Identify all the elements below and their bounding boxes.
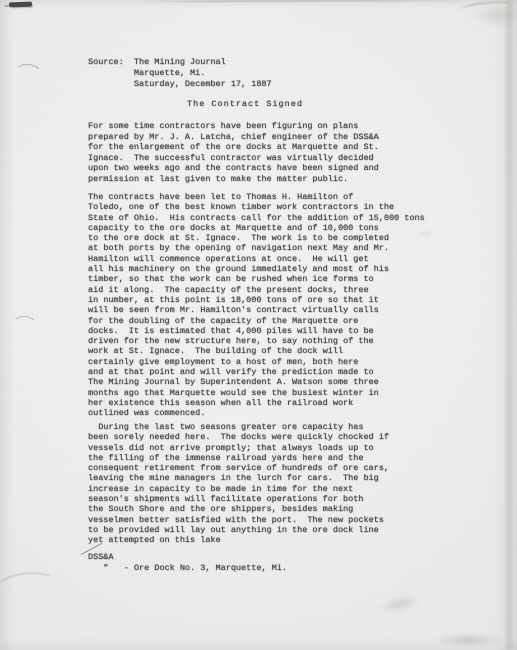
typewritten-line: for the enlargement of the ore docks at …: [88, 142, 379, 153]
scanned-document-page: Source: The Mining Journal Marquette, Mi…: [0, 0, 517, 650]
typewritten-line: leaving the mine managers in the lurch f…: [88, 473, 389, 483]
typewritten-line: to the ore dock at St. Ignace. The work …: [88, 233, 425, 243]
typewritten-line: will be seen from Mr. Hamilton's contrac…: [88, 305, 425, 315]
typewritten-line: all his machinery on the ground immediat…: [88, 264, 425, 274]
top-right-gray-patch: [472, 6, 517, 28]
typewritten-line: Hamilton will commence operations at onc…: [88, 254, 425, 264]
typewritten-line: work at St. Ignace. The building of the …: [88, 346, 425, 356]
typewritten-line: increase in capacity to be made in time …: [88, 484, 389, 494]
typewritten-line: and at that point and will verify the pr…: [88, 367, 425, 377]
typewritten-line: capacity to the ore docks at Marquette a…: [88, 223, 425, 233]
typewritten-line: to be provided will lay out anything in …: [88, 525, 389, 535]
typewritten-line: at both ports by the opening of navigati…: [88, 243, 425, 253]
typewritten-line: for the doubling of the capacity of the …: [88, 316, 425, 326]
typewritten-line: prepared by Mr. J. A. Latcha, chief engi…: [88, 132, 379, 143]
typewritten-line: " - Ore Dock No. 3, Marquette, Mi.: [88, 563, 287, 574]
paragraph-1: For some time contractors have been figu…: [88, 121, 379, 184]
typewritten-line: DSS&A: [88, 552, 287, 563]
typewritten-line: vessels did not arrive promptly; that al…: [88, 443, 389, 453]
right-edge-scan-shadow: [504, 0, 513, 650]
top-right-pencil-streak: [460, 0, 511, 13]
typewritten-line: During the last two seasons greater ore …: [88, 422, 389, 432]
typewritten-line: The contracts have been let to Thomas H.…: [88, 192, 425, 202]
typewritten-line: For some time contractors have been figu…: [88, 121, 379, 132]
typewritten-line: yet attempted on this lake: [88, 535, 389, 545]
typewritten-line: State of Ohio. His contracts call for th…: [88, 213, 425, 223]
top-edge-scan-line: [140, 0, 470, 3]
typewritten-line: her existence this season when all the r…: [88, 398, 425, 408]
typewritten-line: permission at last given to make the mat…: [88, 174, 379, 185]
typewritten-line: Saturday, December 17, 1887: [88, 79, 272, 90]
source-citation-block: Source: The Mining Journal Marquette, Mi…: [88, 57, 272, 90]
typewritten-line: The Mining Journal by Superintendent A. …: [88, 377, 425, 387]
photo-caption-block: DSS&A " - Ore Dock No. 3, Marquette, Mi.: [88, 552, 287, 573]
typewritten-line: consequent retirement from service of hu…: [88, 463, 389, 473]
pencil-arc-mid-left: [11, 315, 37, 336]
document-title: The Contract Signed: [187, 99, 303, 109]
typewritten-line: outlined was commenced.: [88, 408, 425, 418]
typewritten-line: Marquette, Mi.: [88, 68, 272, 79]
typewritten-line: driven for the new structure here, to sa…: [88, 336, 425, 346]
typewritten-line: the filling of the immense railroad yard…: [88, 453, 389, 463]
typewritten-line: upon two weeks ago and the contracts hav…: [88, 163, 379, 174]
typewritten-line: Ignace. The successful contractor was vi…: [88, 153, 379, 164]
typewritten-line: Source: The Mining Journal: [88, 57, 272, 68]
typewritten-line: docks. It is estimated that 4,000 piles …: [88, 326, 425, 336]
pencil-arc-bottom-left: [0, 569, 59, 605]
typewritten-line: season's shipments will facilitate opera…: [88, 494, 389, 504]
smudge-bottom-right-2: [436, 633, 502, 647]
typewritten-line: vesselmen better satisfied with the port…: [88, 515, 389, 525]
typewritten-line: the South Shore and the ore shippers, be…: [88, 504, 389, 514]
typewritten-line: certainly give employment to a host of m…: [88, 357, 425, 367]
paragraph-3: During the last two seasons greater ore …: [88, 422, 389, 546]
typewritten-line: been sorely needed here. The docks were …: [88, 432, 389, 442]
typewritten-line: Toledo, one of the best known timber wor…: [88, 202, 425, 212]
typewritten-line: in number, at this point is 18,000 tons …: [88, 295, 425, 305]
typewritten-line: timber, so that the work can be rushed w…: [88, 274, 425, 284]
paragraph-2: The contracts have been let to Thomas H.…: [88, 192, 425, 419]
typewritten-line: months ago that Marquette would see the …: [88, 388, 425, 398]
smudge-bottom-right-1: [377, 592, 423, 617]
pencil-arc-upper-left: [13, 63, 43, 87]
typewritten-line: aid it along. The capacity of the presen…: [88, 285, 425, 295]
top-left-ink-smudge: [9, 2, 32, 8]
